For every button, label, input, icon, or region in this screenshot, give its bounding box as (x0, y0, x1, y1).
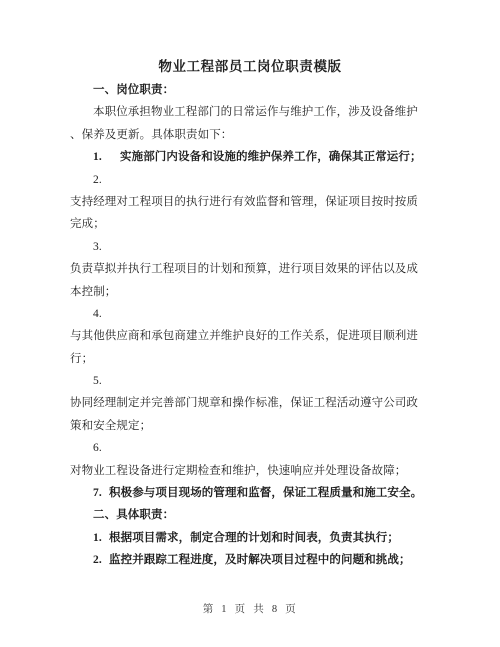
list-number: 2. (93, 549, 109, 571)
paragraph-line: 本职位承担物业工程部门的日常运作与维护工作，涉及设备维护 (70, 101, 435, 123)
paragraph-line: 支持经理对工程项目的执行进行有效监督和管理，保证项目按时按质 (70, 191, 435, 213)
list-item-7: 7.积极参与项目现场的管理和监督，保证工程质量和施工安全。 (70, 482, 435, 504)
list-number-4: 4. (70, 303, 435, 325)
list-number: 1. (93, 527, 109, 549)
paragraph-line: 本控制； (70, 281, 435, 303)
paragraph-line: 对物业工程设备进行定期检查和维护，快速响应并处理设备故障； (70, 460, 435, 482)
list-item-1b: 1.根据项目需求，制定合理的计划和时间表，负责其执行； (70, 527, 435, 549)
paragraph-line: 负责草拟并执行工程项目的计划和预算，进行项目效果的评估以及成 (70, 258, 435, 280)
list-item-text: 监控并跟踪工程进度，及时解决项目过程中的问题和挑战； (109, 554, 411, 566)
list-number-3: 3. (70, 236, 435, 258)
list-number: 1. (93, 146, 120, 168)
list-item-2b: 2.监控并跟踪工程进度，及时解决项目过程中的问题和挑战； (70, 549, 435, 571)
section-heading-2: 二、具体职责： (70, 504, 435, 526)
paragraph-line: 与其他供应商和承包商建立并维护良好的工作关系，促进项目顺利进 (70, 325, 435, 347)
document-title: 物业工程部员工岗位职责模版 (0, 55, 500, 75)
document-page: 物业工程部员工岗位职责模版 一、岗位职责： 本职位承担物业工程部门的日常运作与维… (0, 0, 500, 647)
paragraph-line: 策和安全规定； (70, 415, 435, 437)
list-number-6: 6. (70, 437, 435, 459)
paragraph-line: 行； (70, 348, 435, 370)
list-number: 7. (93, 482, 109, 504)
list-item-text: 根据项目需求，制定合理的计划和时间表，负责其执行； (109, 532, 399, 544)
list-number-5: 5. (70, 370, 435, 392)
paragraph-line: 完成； (70, 213, 435, 235)
list-item-1: 1.实施部门内设备和设施的维护保养工作，确保其正常运行； (70, 146, 435, 168)
list-item-text: 积极参与项目现场的管理和监督，保证工程质量和施工安全。 (109, 487, 422, 499)
list-item-text: 实施部门内设备和设施的维护保养工作，确保其正常运行； (120, 151, 422, 163)
paragraph-line: 、保养及更新。具体职责如下： (70, 124, 435, 146)
section-heading-1: 一、岗位职责： (70, 79, 435, 101)
paragraph-line: 协同经理制定并完善部门规章和操作标准，保证工程活动遵守公司政 (70, 392, 435, 414)
list-number-2: 2. (70, 169, 435, 191)
page-number-footer: 第 1 页 共 8 页 (0, 601, 500, 616)
document-body: 一、岗位职责： 本职位承担物业工程部门的日常运作与维护工作，涉及设备维护 、保养… (70, 79, 435, 572)
